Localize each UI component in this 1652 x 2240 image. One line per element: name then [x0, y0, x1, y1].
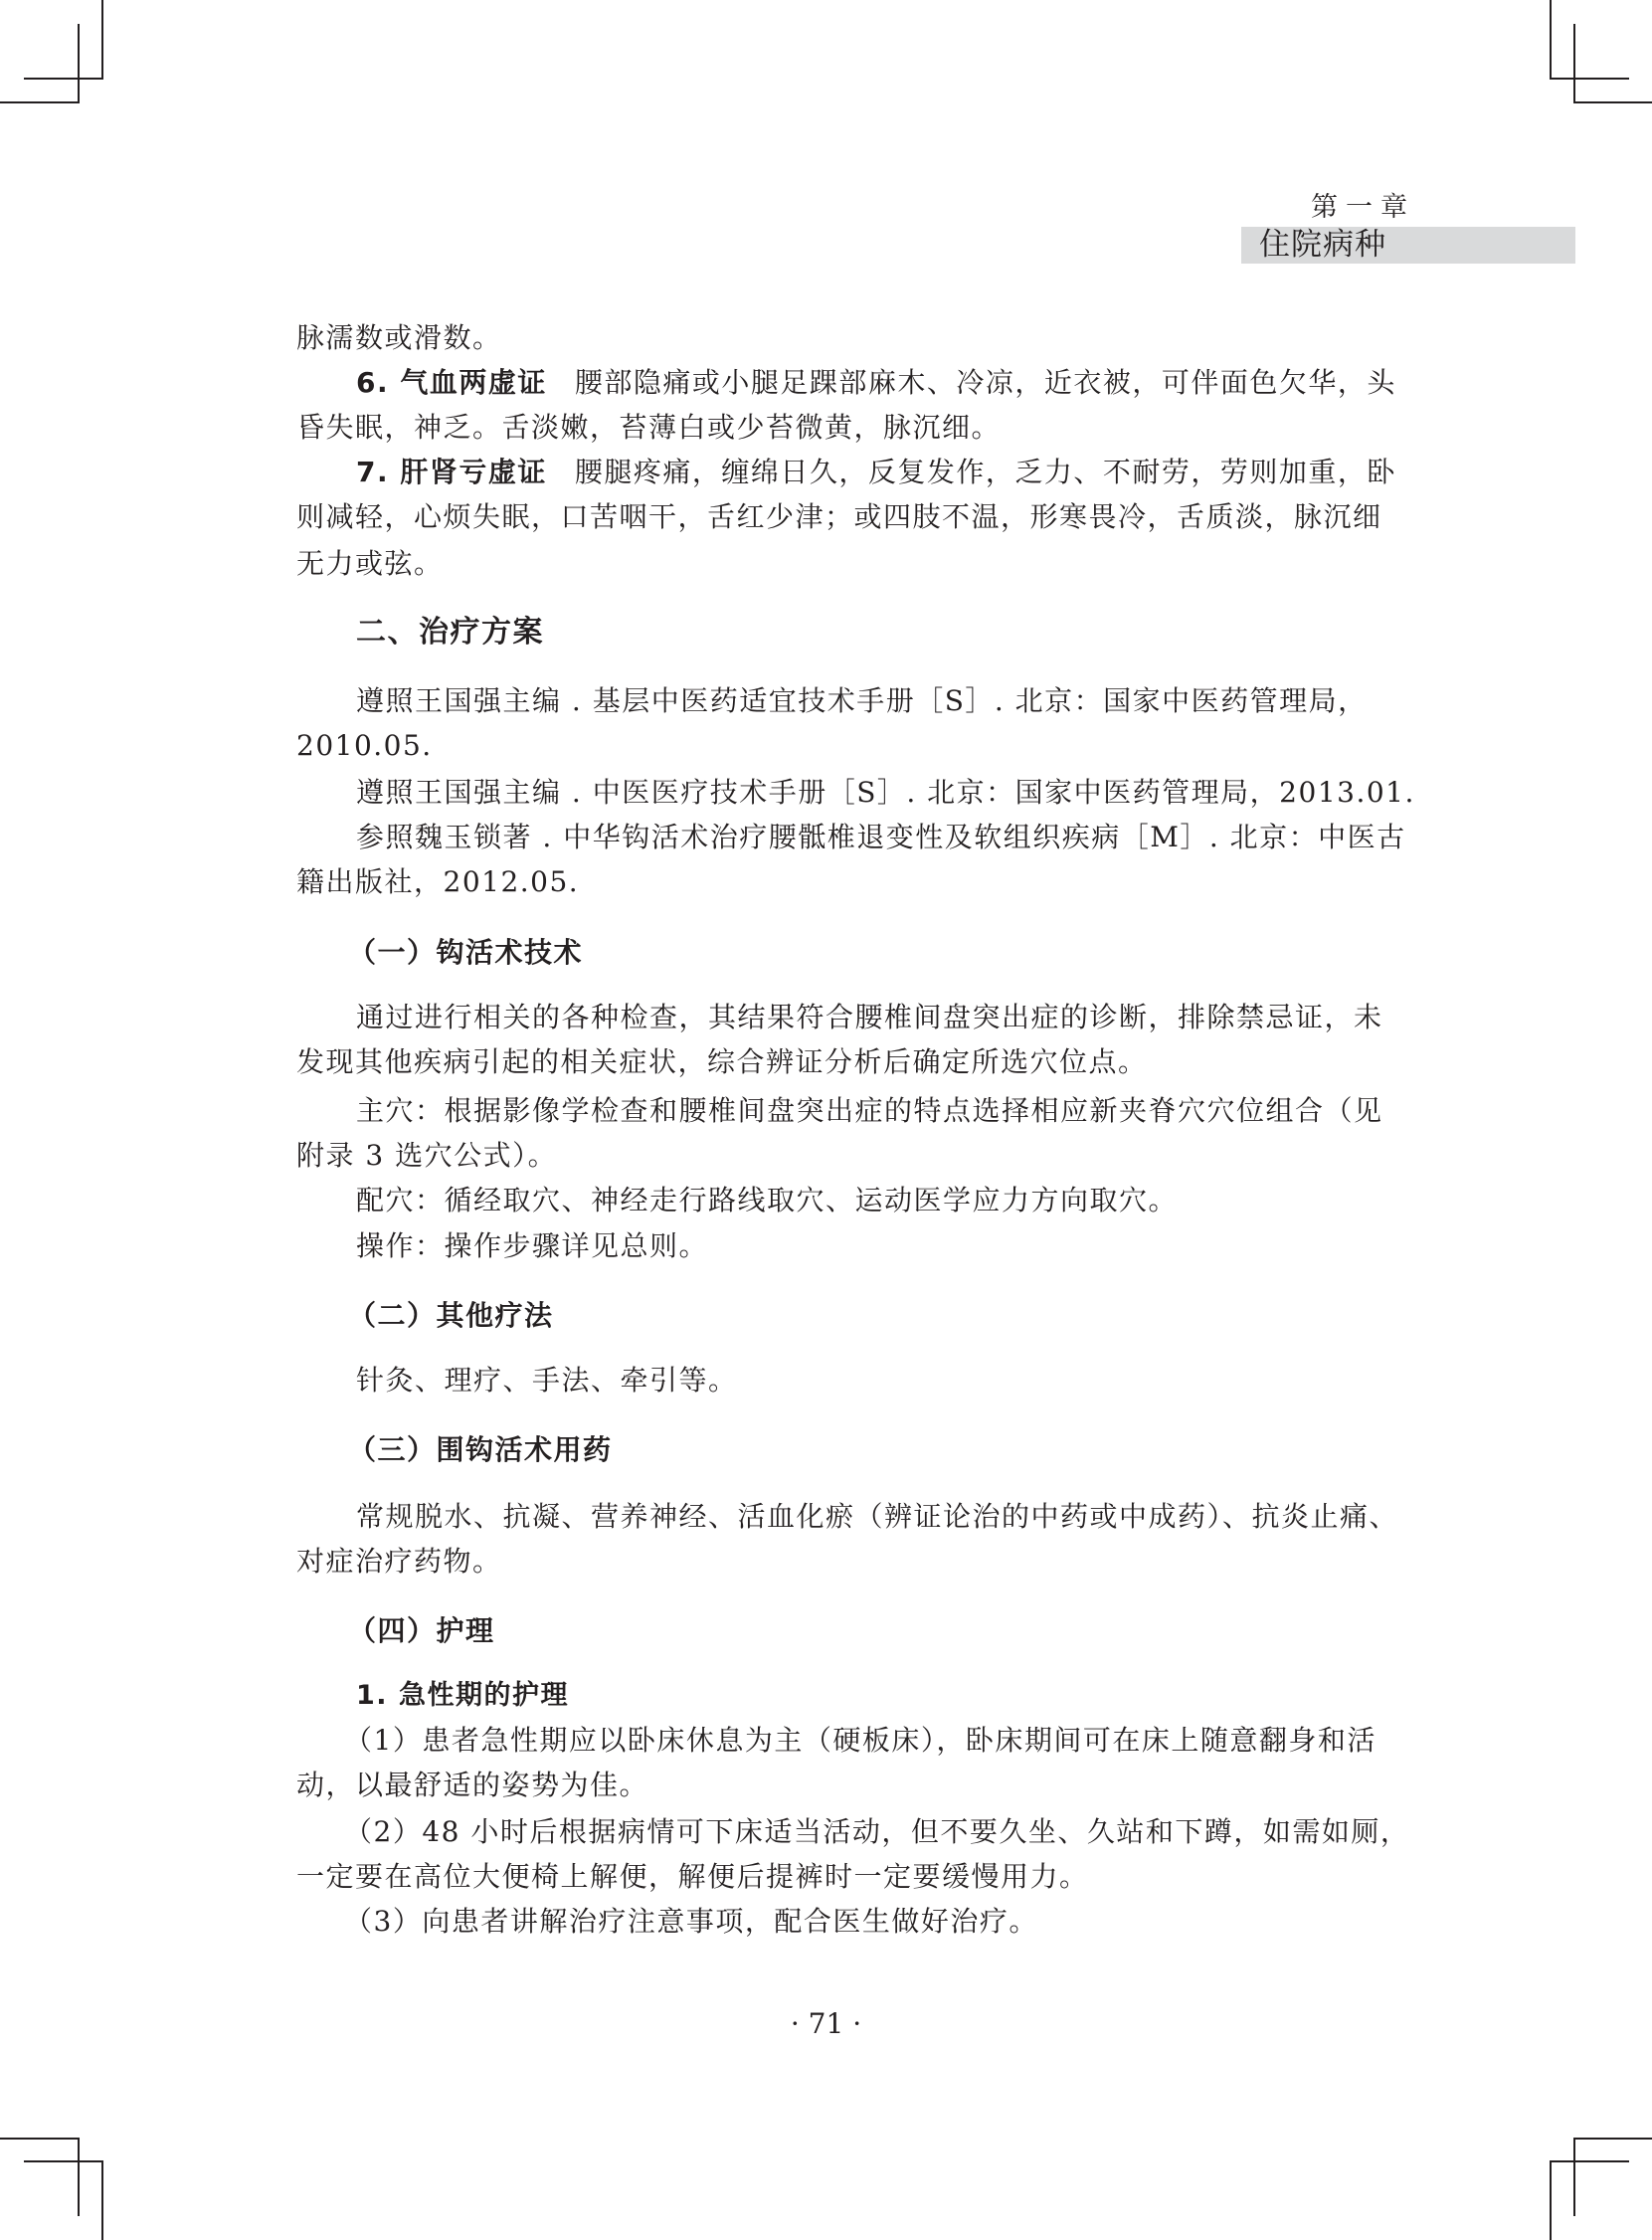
crop-mark-bl-h1 — [0, 2138, 80, 2140]
crop-mark-tl-v2 — [78, 24, 80, 102]
care-item-1-line-2: 动，以最舒适的姿势为佳。 — [296, 1768, 1390, 1803]
operation-note: 操作：操作步骤详见总则。 — [356, 1228, 1450, 1264]
crop-mark-bl-v1 — [78, 2138, 80, 2216]
crop-mark-br-v1 — [1573, 2138, 1575, 2216]
crop-mark-tl-v1 — [101, 0, 103, 79]
syndrome-6-line-1: 6. 气血两虚证腰部隐痛或小腿足踝部麻木、冷凉，近衣被，可伴面色欠华，头 — [356, 365, 1450, 401]
care-item-1-line-1: （1）患者急性期应以卧床休息为主（硬板床），卧床期间可在床上随意翻身和活 — [344, 1723, 1438, 1759]
syndrome-7-line-2: 则减轻，心烦失眠，口苦咽干，舌红少津；或四肢不温，形寒畏冷，舌质淡，脉沉细 — [296, 499, 1390, 535]
subsection-3-line-2: 对症治疗药物。 — [296, 1544, 1390, 1580]
page-number: · 71 · — [0, 2007, 1652, 2040]
crop-mark-tr-v2 — [1573, 24, 1575, 102]
acute-care-title: 1. 急性期的护理 — [356, 1678, 1450, 1714]
reference-1-line-1: 遵照王国强主编 . 基层中医药适宜技术手册［S］. 北京：国家中医药管理局， — [356, 683, 1450, 719]
subsection-2-text: 针灸、理疗、手法、牵引等。 — [356, 1363, 1450, 1399]
syndrome-7-line-3: 无力或弦。 — [296, 546, 1390, 582]
syndrome-6-line-2: 昏失眠，神乏。舌淡嫩，苔薄白或少苔微黄，脉沉细。 — [296, 410, 1390, 446]
section-header-bar: 住院病种 — [1241, 227, 1575, 264]
chapter-label: 第一章 — [1311, 185, 1415, 224]
subsection-4-title: （四）护理 — [348, 1613, 1442, 1649]
syndrome-7-line-1: 7. 肝肾亏虚证腰腿疼痛，缠绵日久，反复发作，乏力、不耐劳，劳则加重，卧 — [356, 455, 1450, 490]
crop-mark-tl-h2 — [0, 101, 80, 103]
reference-2: 遵照王国强主编 . 中医医疗技术手册［S］. 北京：国家中医药管理局，2013.… — [356, 775, 1450, 811]
main-points-line-2: 附录 3 选穴公式）。 — [296, 1138, 1390, 1174]
crop-mark-tr-h2 — [1573, 101, 1652, 103]
subsection-1-p1-line-2: 发现其他疾病引起的相关症状，综合辨证分析后确定所选穴位点。 — [296, 1044, 1390, 1080]
reference-3-line-1: 参照魏玉锁著 . 中华钩活术治疗腰骶椎退变性及软组织疾病［M］. 北京：中医古 — [356, 820, 1450, 855]
subsection-1-title: （一）钩活术技术 — [348, 935, 1442, 971]
crop-mark-br-h2 — [1550, 2160, 1629, 2162]
paragraph-continuation: 脉濡数或滑数。 — [296, 320, 1390, 356]
auxiliary-points: 配穴：循经取穴、神经走行路线取穴、运动医学应力方向取穴。 — [356, 1183, 1450, 1218]
subsection-1-p1-line-1: 通过进行相关的各种检查，其结果符合腰椎间盘突出症的诊断，排除禁忌证，未 — [356, 1000, 1450, 1035]
syndrome-7-text: 腰腿疼痛，缠绵日久，反复发作，乏力、不耐劳，劳则加重，卧 — [575, 456, 1396, 488]
crop-mark-br-v2 — [1550, 2160, 1552, 2240]
care-item-3: （3）向患者讲解治疗注意事项，配合医生做好治疗。 — [344, 1904, 1438, 1940]
crop-mark-bl-v2 — [101, 2160, 103, 2240]
syndrome-7-title: 7. 肝肾亏虚证 — [356, 456, 547, 488]
care-item-2-line-1: （2）48 小时后根据病情可下床适当活动，但不要久坐、久站和下蹲，如需如厕， — [344, 1814, 1438, 1850]
main-points-line-1: 主穴：根据影像学检查和腰椎间盘突出症的特点选择相应新夹脊穴穴位组合（见 — [356, 1093, 1450, 1129]
section-header-title: 住院病种 — [1259, 228, 1386, 263]
crop-mark-tr-v1 — [1550, 0, 1552, 79]
syndrome-6-title: 6. 气血两虚证 — [356, 366, 547, 399]
crop-mark-tl-h1 — [24, 78, 103, 80]
crop-mark-bl-h2 — [24, 2160, 103, 2162]
crop-mark-tr-h1 — [1550, 78, 1629, 80]
syndrome-6-text: 腰部隐痛或小腿足踝部麻木、冷凉，近衣被，可伴面色欠华，头 — [575, 366, 1396, 399]
subsection-2-title: （二）其他疗法 — [348, 1298, 1442, 1334]
subsection-3-line-1: 常规脱水、抗凝、营养神经、活血化瘀（辨证论治的中药或中成药）、抗炎止痛、 — [356, 1499, 1450, 1535]
section-2-title: 二、治疗方案 — [356, 615, 1450, 651]
crop-mark-br-h1 — [1573, 2138, 1652, 2140]
care-item-2-line-2: 一定要在高位大便椅上解便，解便后提裤时一定要缓慢用力。 — [296, 1859, 1390, 1895]
subsection-3-title: （三）围钩活术用药 — [348, 1432, 1442, 1468]
reference-3-line-2: 籍出版社，2012.05. — [296, 864, 1390, 900]
reference-1-line-2: 2010.05. — [296, 728, 1390, 764]
